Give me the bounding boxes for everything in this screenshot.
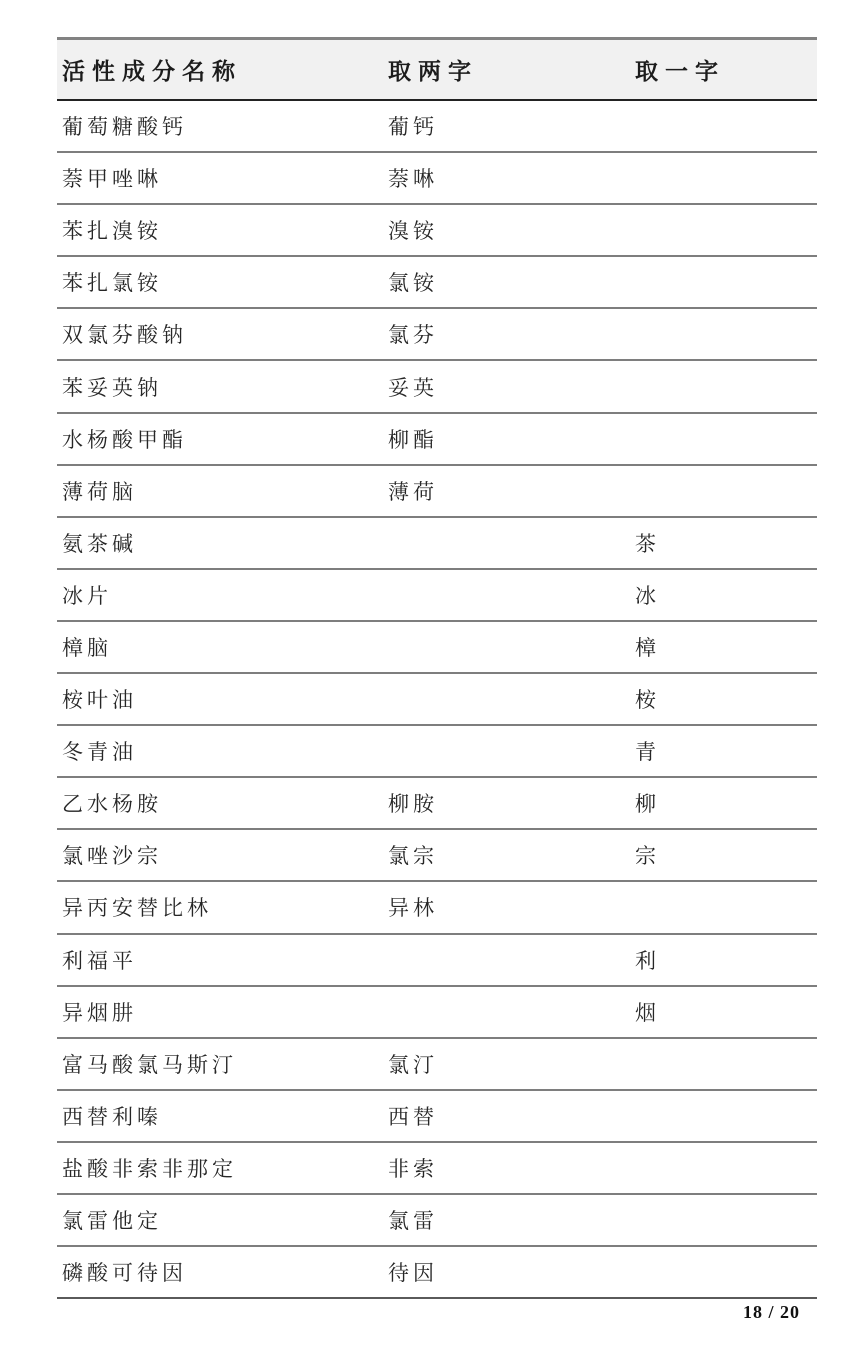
cell-ingredient-name: 西替利嗪 [62, 1101, 388, 1131]
cell-two-char: 氯铵 [388, 267, 635, 297]
cell-ingredient-name: 冬青油 [62, 736, 388, 766]
table-row: 氨茶碱 茶 [57, 518, 817, 570]
cell-ingredient-name: 氯唑沙宗 [62, 840, 388, 870]
table-row: 磷酸可待因 待因 [57, 1247, 817, 1299]
cell-two-char: 氯芬 [388, 319, 635, 349]
table-row: 薄荷脑 薄荷 [57, 466, 817, 518]
table-row: 苯扎溴铵 溴铵 [57, 205, 817, 257]
table-row: 异丙安替比林 异林 [57, 882, 817, 934]
cell-ingredient-name: 苯扎氯铵 [62, 267, 388, 297]
header-ingredient-name: 活性成分名称 [62, 53, 388, 86]
header-one-char: 取一字 [635, 53, 817, 86]
table-row: 水杨酸甲酯 柳酯 [57, 414, 817, 466]
page-number: 18 / 20 [57, 1302, 800, 1323]
cell-ingredient-name: 异丙安替比林 [62, 892, 388, 922]
cell-one-char: 茶 [635, 528, 817, 558]
cell-ingredient-name: 氨茶碱 [62, 528, 388, 558]
table-row: 樟脑 樟 [57, 622, 817, 674]
cell-one-char: 利 [635, 945, 817, 975]
cell-two-char: 氯汀 [388, 1049, 635, 1079]
cell-two-char: 葡钙 [388, 111, 635, 141]
cell-two-char: 氯雷 [388, 1205, 635, 1235]
cell-two-char: 柳胺 [388, 788, 635, 818]
table-row: 冰片 冰 [57, 570, 817, 622]
cell-ingredient-name: 萘甲唑啉 [62, 163, 388, 193]
table-row: 利福平 利 [57, 935, 817, 987]
cell-ingredient-name: 桉叶油 [62, 684, 388, 714]
table-row: 萘甲唑啉 萘啉 [57, 153, 817, 205]
cell-ingredient-name: 水杨酸甲酯 [62, 424, 388, 454]
cell-ingredient-name: 乙水杨胺 [62, 788, 388, 818]
cell-one-char: 烟 [635, 997, 817, 1027]
cell-ingredient-name: 苯妥英钠 [62, 372, 388, 402]
cell-ingredient-name: 利福平 [62, 945, 388, 975]
cell-ingredient-name: 富马酸氯马斯汀 [62, 1049, 388, 1079]
ingredient-naming-table: 活性成分名称 取两字 取一字 葡萄糖酸钙 葡钙 萘甲唑啉 萘啉 苯扎溴铵 溴铵 … [57, 37, 817, 1299]
cell-two-char: 氯宗 [388, 840, 635, 870]
cell-ingredient-name: 葡萄糖酸钙 [62, 111, 388, 141]
cell-one-char: 樟 [635, 632, 817, 662]
cell-two-char: 柳酯 [388, 424, 635, 454]
cell-two-char: 溴铵 [388, 215, 635, 245]
cell-two-char: 待因 [388, 1257, 635, 1287]
cell-one-char: 桉 [635, 684, 817, 714]
table-row: 氯唑沙宗 氯宗 宗 [57, 830, 817, 882]
cell-ingredient-name: 氯雷他定 [62, 1205, 388, 1235]
table-row: 盐酸非索非那定 非索 [57, 1143, 817, 1195]
table-body: 葡萄糖酸钙 葡钙 萘甲唑啉 萘啉 苯扎溴铵 溴铵 苯扎氯铵 氯铵 双氯芬酸钠 氯… [57, 101, 817, 1299]
table-row: 桉叶油 桉 [57, 674, 817, 726]
cell-ingredient-name: 苯扎溴铵 [62, 215, 388, 245]
table-row: 冬青油 青 [57, 726, 817, 778]
header-two-char: 取两字 [388, 53, 635, 86]
table-row: 富马酸氯马斯汀 氯汀 [57, 1039, 817, 1091]
table-row: 乙水杨胺 柳胺 柳 [57, 778, 817, 830]
cell-two-char: 妥英 [388, 372, 635, 402]
table-row: 葡萄糖酸钙 葡钙 [57, 101, 817, 153]
cell-ingredient-name: 异烟肼 [62, 997, 388, 1027]
table-row: 双氯芬酸钠 氯芬 [57, 309, 817, 361]
table-row: 异烟肼 烟 [57, 987, 817, 1039]
cell-one-char: 冰 [635, 580, 817, 610]
cell-two-char: 薄荷 [388, 476, 635, 506]
cell-ingredient-name: 双氯芬酸钠 [62, 319, 388, 349]
cell-ingredient-name: 磷酸可待因 [62, 1257, 388, 1287]
cell-ingredient-name: 薄荷脑 [62, 476, 388, 506]
cell-two-char: 萘啉 [388, 163, 635, 193]
table-row: 苯妥英钠 妥英 [57, 361, 817, 413]
table-row: 苯扎氯铵 氯铵 [57, 257, 817, 309]
cell-ingredient-name: 冰片 [62, 580, 388, 610]
table-row: 氯雷他定 氯雷 [57, 1195, 817, 1247]
document-page: 活性成分名称 取两字 取一字 葡萄糖酸钙 葡钙 萘甲唑啉 萘啉 苯扎溴铵 溴铵 … [0, 0, 861, 1346]
cell-ingredient-name: 樟脑 [62, 632, 388, 662]
cell-two-char: 非索 [388, 1153, 635, 1183]
cell-one-char: 青 [635, 736, 817, 766]
table-row: 西替利嗪 西替 [57, 1091, 817, 1143]
cell-two-char: 西替 [388, 1101, 635, 1131]
table-header-row: 活性成分名称 取两字 取一字 [57, 40, 817, 101]
cell-one-char: 宗 [635, 840, 817, 870]
cell-ingredient-name: 盐酸非索非那定 [62, 1153, 388, 1183]
cell-two-char: 异林 [388, 892, 635, 922]
cell-one-char: 柳 [635, 788, 817, 818]
